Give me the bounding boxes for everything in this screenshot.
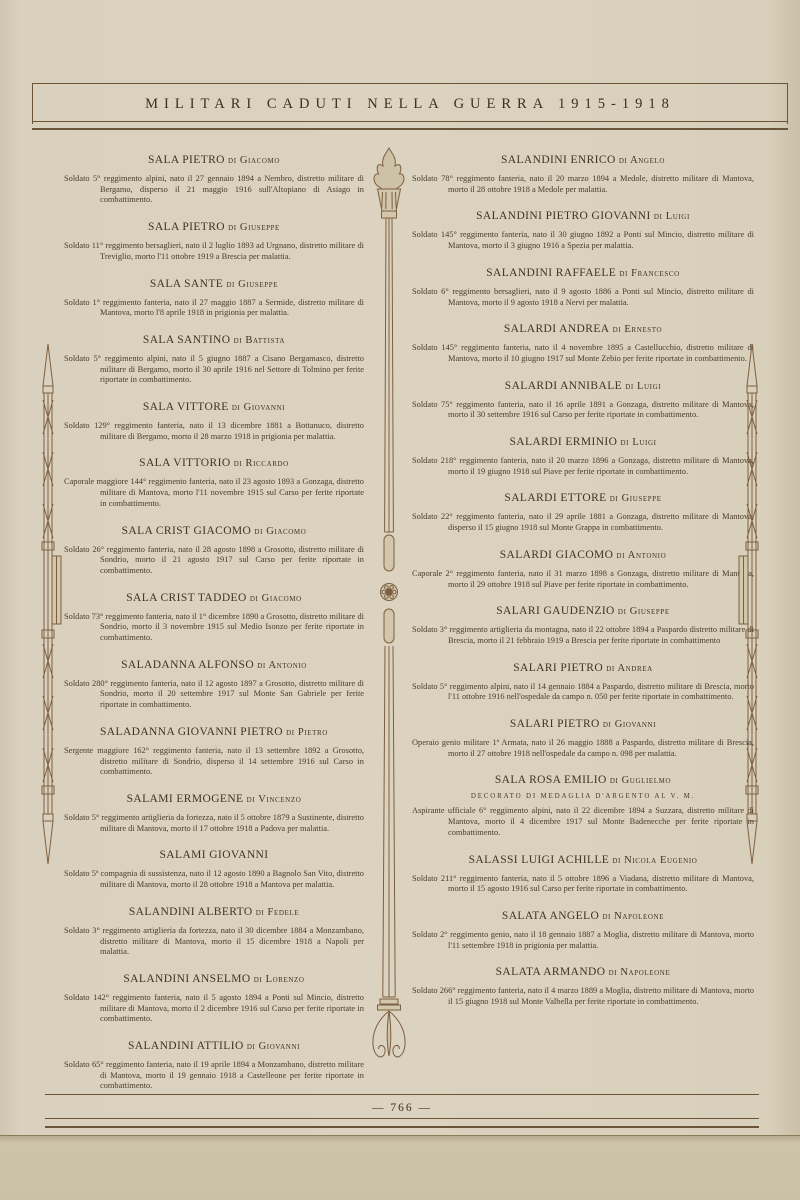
soldier-record: Soldato 2° reggimento genio, nato il 18 … — [412, 930, 754, 951]
soldier-name: SALADANNA GIOVANNI PIETRO — [100, 726, 283, 738]
soldier-name: SALAMI ERMOGENE — [127, 793, 244, 805]
soldier-record: Soldato 129° reggimento fanteria, nato i… — [64, 421, 364, 442]
soldier-name-header: SALARI PIETRO di Giovanni — [412, 718, 754, 731]
scanned-book-page: MILITARI CADUTI NELLA GUERRA 1915-1918 S… — [0, 0, 800, 1200]
soldier-name-header: SALAMI GIOVANNI — [64, 849, 364, 862]
soldier-record: Caporale 2° reggimento fanteria, nato il… — [412, 569, 754, 590]
soldier-record: Soldato 73° reggimento fanteria, nato il… — [64, 612, 364, 644]
soldier-name-header: SALA PIETRO di Giuseppe — [64, 221, 364, 234]
soldier-patronymic: di Nicola Eugenio — [612, 855, 697, 866]
soldier-name: SALA ROSA EMILIO — [495, 774, 607, 786]
soldier-entry: SALANDINI ATTILIO di GiovanniSoldato 65°… — [64, 1040, 364, 1090]
soldier-entry: SALARDI ERMINIO di LuigiSoldato 218° reg… — [412, 436, 754, 477]
soldier-name-header: SALA PIETRO di Giacomo — [64, 154, 364, 167]
soldier-entry: SALA VITTORE di GiovanniSoldato 129° reg… — [64, 401, 364, 442]
soldier-entry: SALARI PIETRO di GiovanniOperaio genio m… — [412, 718, 754, 759]
soldier-name: SALARI PIETRO — [510, 718, 600, 730]
soldier-patronymic: di Giovanni — [247, 1041, 300, 1052]
soldier-name-header: SALADANNA GIOVANNI PIETRO di Pietro — [64, 726, 364, 739]
soldier-record: Soldato 11° reggimento bersaglieri, nato… — [64, 241, 364, 262]
soldier-record: Caporale maggiore 144° reggimento fanter… — [64, 477, 364, 509]
soldier-name: SALANDINI PIETRO GIOVANNI — [476, 210, 651, 222]
soldier-record: Soldato 145° reggimento fanteria, nato i… — [412, 230, 754, 251]
soldier-name-header: SALANDINI ATTILIO di Giovanni — [64, 1040, 364, 1053]
soldier-name-header: SALA SANTINO di Battista — [64, 334, 364, 347]
soldier-name: SALARDI ANDREA — [504, 323, 610, 335]
soldier-record: Soldato 5° reggimento alpini, nato il 14… — [412, 682, 754, 703]
column-left: SALA PIETRO di GiacomoSoldato 5° reggime… — [0, 142, 364, 1090]
soldier-name-header: SALARI GAUDENZIO di Giuseppe — [412, 605, 754, 618]
soldier-record: Soldato 78° reggimento fanteria, nato il… — [412, 174, 754, 195]
footer-double-rule — [45, 1118, 759, 1128]
soldier-name-header: SALANDINI ALBERTO di Fedele — [64, 906, 364, 919]
soldier-name: SALANDINI ANSELMO — [123, 973, 250, 985]
soldier-record: Soldato 5° reggimento alpini, nato il 27… — [64, 174, 364, 206]
soldier-patronymic: di Francesco — [619, 268, 679, 279]
soldier-entry: SALATA ANGELO di NapoleoneSoldato 2° reg… — [412, 910, 754, 951]
soldier-patronymic: di Lorenzo — [254, 974, 305, 985]
soldier-name: SALA SANTINO — [143, 334, 231, 346]
soldier-entry: SALA PIETRO di GiuseppeSoldato 11° reggi… — [64, 221, 364, 262]
soldier-entry: SALA CRIST GIACOMO di GiacomoSoldato 26°… — [64, 525, 364, 577]
soldier-patronymic: di Napoleone — [602, 911, 664, 922]
soldier-patronymic: di Giuseppe — [618, 606, 670, 617]
soldier-name-header: SALARDI ANNIBALE di Luigi — [412, 380, 754, 393]
soldier-record: Operaio genio militare 1ª Armata, nato i… — [412, 738, 754, 759]
soldier-name: SALANDINI ALBERTO — [129, 906, 253, 918]
soldier-name: SALA PIETRO — [148, 221, 225, 233]
soldier-name-header: SALANDINI RAFFAELE di Francesco — [412, 267, 754, 280]
soldier-name-header: SALATA ANGELO di Napoleone — [412, 910, 754, 923]
soldier-name: SALA VITTORIO — [139, 457, 230, 469]
soldier-entry: SALANDINI ALBERTO di FedeleSoldato 3° re… — [64, 906, 364, 958]
soldier-record: Sergente maggiore 162° reggimento fanter… — [64, 746, 364, 778]
page-bottom-edge — [0, 1135, 800, 1200]
soldier-name-header: SALAMI ERMOGENE di Vincenzo — [64, 793, 364, 806]
soldier-record: Soldato 65° reggimento fanteria, nato il… — [64, 1060, 364, 1090]
soldier-record: Soldato 6° reggimento bersaglieri, nato … — [412, 287, 754, 308]
soldier-patronymic: di Luigi — [625, 381, 661, 392]
soldier-name: SALARDI ERMINIO — [509, 436, 617, 448]
soldier-name-header: SALANDINI ANSELMO di Lorenzo — [64, 973, 364, 986]
soldier-record: Soldato 280° reggimento fanteria, nato i… — [64, 679, 364, 711]
soldier-name: SALANDINI ATTILIO — [128, 1040, 244, 1052]
soldier-patronymic: di Antonio — [257, 660, 307, 671]
soldier-record: Soldato 3° reggimento artiglieria da mon… — [412, 625, 754, 646]
soldier-patronymic: di Giacomo — [228, 155, 280, 166]
soldier-patronymic: di Giuseppe — [610, 493, 662, 504]
soldier-patronymic: di Giacomo — [250, 593, 302, 604]
soldier-name: SALARI PIETRO — [513, 662, 603, 674]
soldier-patronymic: di Giuseppe — [226, 279, 278, 290]
soldier-entry: SALADANNA ALFONSO di AntonioSoldato 280°… — [64, 659, 364, 711]
soldier-name-header: SALARI PIETRO di Andrea — [412, 662, 754, 675]
soldier-patronymic: di Pietro — [286, 727, 328, 738]
soldier-entry: SALA SANTE di GiuseppeSoldato 1° reggime… — [64, 278, 364, 319]
soldier-name: SALARDI ANNIBALE — [505, 380, 622, 392]
soldier-entry: SALA PIETRO di GiacomoSoldato 5° reggime… — [64, 154, 364, 206]
soldier-name: SALADANNA ALFONSO — [121, 659, 254, 671]
soldier-patronymic: di Luigi — [621, 437, 657, 448]
page-footer-band: — 766 — — [45, 1094, 759, 1121]
soldier-patronymic: di Battista — [234, 335, 285, 346]
soldier-patronymic: di Giacomo — [254, 526, 306, 537]
soldier-patronymic: di Vincenzo — [247, 794, 302, 805]
soldier-patronymic: di Giovanni — [603, 719, 656, 730]
soldier-name: SALA CRIST TADDEO — [126, 592, 246, 604]
soldier-entry: SALA ROSA EMILIO di GuglielmoDECORATO DI… — [412, 774, 754, 838]
soldier-record: Soldato 142° reggimento fanteria, nato i… — [64, 993, 364, 1025]
soldier-name: SALARDI ETTORE — [504, 492, 606, 504]
soldier-record: Soldato 211° reggimento fanteria, nato i… — [412, 874, 754, 895]
soldier-name: SALANDINI RAFFAELE — [486, 267, 616, 279]
soldier-entry: SALAMI ERMOGENE di VincenzoSoldato 5° re… — [64, 793, 364, 834]
soldier-record: Soldato 266° reggimento fanteria, nato i… — [412, 986, 754, 1007]
soldier-record: Soldato 5° reggimento artiglieria da for… — [64, 813, 364, 834]
soldier-entry: SALADANNA GIOVANNI PIETRO di PietroSerge… — [64, 726, 364, 778]
soldier-name-header: SALA CRIST GIACOMO di Giacomo — [64, 525, 364, 538]
memorial-list: SALA PIETRO di GiacomoSoldato 5° reggime… — [0, 142, 800, 1090]
soldier-name-header: SALARDI ANDREA di Ernesto — [412, 323, 754, 336]
soldier-patronymic: di Andrea — [606, 663, 653, 674]
soldier-name-header: SALA VITTORE di Giovanni — [64, 401, 364, 414]
soldier-patronymic: di Ernesto — [613, 324, 663, 335]
soldier-record: Soldato 1° reggimento fanteria, nato il … — [64, 298, 364, 319]
soldier-name-header: SALA ROSA EMILIO di Guglielmo — [412, 774, 754, 787]
soldier-entry: SALARDI ANNIBALE di LuigiSoldato 75° reg… — [412, 380, 754, 421]
soldier-patronymic: di Riccardo — [234, 458, 289, 469]
soldier-entry: SALARDI GIACOMO di AntonioCaporale 2° re… — [412, 549, 754, 590]
soldier-name: SALASSI LUIGI ACHILLE — [469, 854, 610, 866]
soldier-name: SALANDINI ENRICO — [501, 154, 616, 166]
column-right: SALANDINI ENRICO di AngeloSoldato 78° re… — [364, 142, 800, 1090]
page-header-band: MILITARI CADUTI NELLA GUERRA 1915-1918 — [32, 83, 788, 124]
page-number: — 766 — — [372, 1102, 432, 1114]
soldier-entry: SALA CRIST TADDEO di GiacomoSoldato 73° … — [64, 592, 364, 644]
soldier-name: SALA CRIST GIACOMO — [122, 525, 252, 537]
soldier-name: SALATA ANGELO — [502, 910, 599, 922]
soldier-name-header: SALATA ARMANDO di Napoleone — [412, 966, 754, 979]
soldier-entry: SALARI PIETRO di AndreaSoldato 5° reggim… — [412, 662, 754, 703]
honor-line: DECORATO DI MEDAGLIA D'ARGENTO AL V. M. — [412, 792, 754, 800]
soldier-name: SALA VITTORE — [143, 401, 229, 413]
soldier-record: Soldato 75° reggimento fanteria, nato il… — [412, 400, 754, 421]
soldier-patronymic: di Luigi — [654, 211, 690, 222]
soldier-entry: SALATA ARMANDO di NapoleoneSoldato 266° … — [412, 966, 754, 1007]
soldier-name-header: SALARDI GIACOMO di Antonio — [412, 549, 754, 562]
soldier-patronymic: di Angelo — [619, 155, 665, 166]
soldier-name: SALATA ARMANDO — [496, 966, 606, 978]
soldier-name-header: SALARDI ERMINIO di Luigi — [412, 436, 754, 449]
soldier-entry: SALANDINI RAFFAELE di FrancescoSoldato 6… — [412, 267, 754, 308]
soldier-entry: SALAMI GIOVANNISoldato 5ª compagnia di s… — [64, 849, 364, 890]
soldier-patronymic: di Antonio — [617, 550, 667, 561]
soldier-entry: SALASSI LUIGI ACHILLE di Nicola EugenioS… — [412, 854, 754, 895]
soldier-record: Soldato 5° reggimento alpini, nato il 5 … — [64, 354, 364, 386]
soldier-name: SALA PIETRO — [148, 154, 225, 166]
soldier-name-header: SALADANNA ALFONSO di Antonio — [64, 659, 364, 672]
soldier-entry: SALA SANTINO di BattistaSoldato 5° reggi… — [64, 334, 364, 386]
soldier-name-header: SALANDINI PIETRO GIOVANNI di Luigi — [412, 210, 754, 223]
soldier-record: Soldato 5ª compagnia di sussistenza, nat… — [64, 869, 364, 890]
soldier-name-header: SALA CRIST TADDEO di Giacomo — [64, 592, 364, 605]
soldier-name-header: SALA VITTORIO di Riccardo — [64, 457, 364, 470]
soldier-record: Soldato 218° reggimento fanteria, nato i… — [412, 456, 754, 477]
soldier-entry: SALANDINI PIETRO GIOVANNI di LuigiSoldat… — [412, 210, 754, 251]
soldier-name: SALARI GAUDENZIO — [496, 605, 615, 617]
soldier-patronymic: di Giuseppe — [228, 222, 280, 233]
header-double-rule — [32, 121, 788, 130]
soldier-name-header: SALA SANTE di Giuseppe — [64, 278, 364, 291]
soldier-entry: SALARDI ANDREA di ErnestoSoldato 145° re… — [412, 323, 754, 364]
soldier-record: Soldato 22° reggimento fanteria, nato il… — [412, 512, 754, 533]
soldier-record: Soldato 26° reggimento fanteria, nato il… — [64, 545, 364, 577]
soldier-patronymic: di Napoleone — [609, 967, 671, 978]
soldier-name: SALAMI GIOVANNI — [160, 849, 269, 861]
soldier-patronymic: di Giovanni — [232, 402, 285, 413]
soldier-patronymic: di Fedele — [256, 907, 299, 918]
soldier-record: Soldato 3° reggimento artiglieria da for… — [64, 926, 364, 958]
soldier-name: SALARDI GIACOMO — [500, 549, 614, 561]
soldier-entry: SALANDINI ANSELMO di LorenzoSoldato 142°… — [64, 973, 364, 1025]
soldier-entry: SALARI GAUDENZIO di GiuseppeSoldato 3° r… — [412, 605, 754, 646]
soldier-record: Soldato 145° reggimento fanteria, nato i… — [412, 343, 754, 364]
soldier-entry: SALANDINI ENRICO di AngeloSoldato 78° re… — [412, 154, 754, 195]
soldier-patronymic: di Guglielmo — [610, 775, 671, 786]
soldier-name-header: SALASSI LUIGI ACHILLE di Nicola Eugenio — [412, 854, 754, 867]
soldier-name-header: SALANDINI ENRICO di Angelo — [412, 154, 754, 167]
soldier-name: SALA SANTE — [150, 278, 223, 290]
soldier-record: Aspirante ufficiale 6° reggimento alpini… — [412, 806, 754, 838]
page-title: MILITARI CADUTI NELLA GUERRA 1915-1918 — [145, 96, 675, 113]
soldier-entry: SALA VITTORIO di RiccardoCaporale maggio… — [64, 457, 364, 509]
soldier-entry: SALARDI ETTORE di GiuseppeSoldato 22° re… — [412, 492, 754, 533]
soldier-name-header: SALARDI ETTORE di Giuseppe — [412, 492, 754, 505]
